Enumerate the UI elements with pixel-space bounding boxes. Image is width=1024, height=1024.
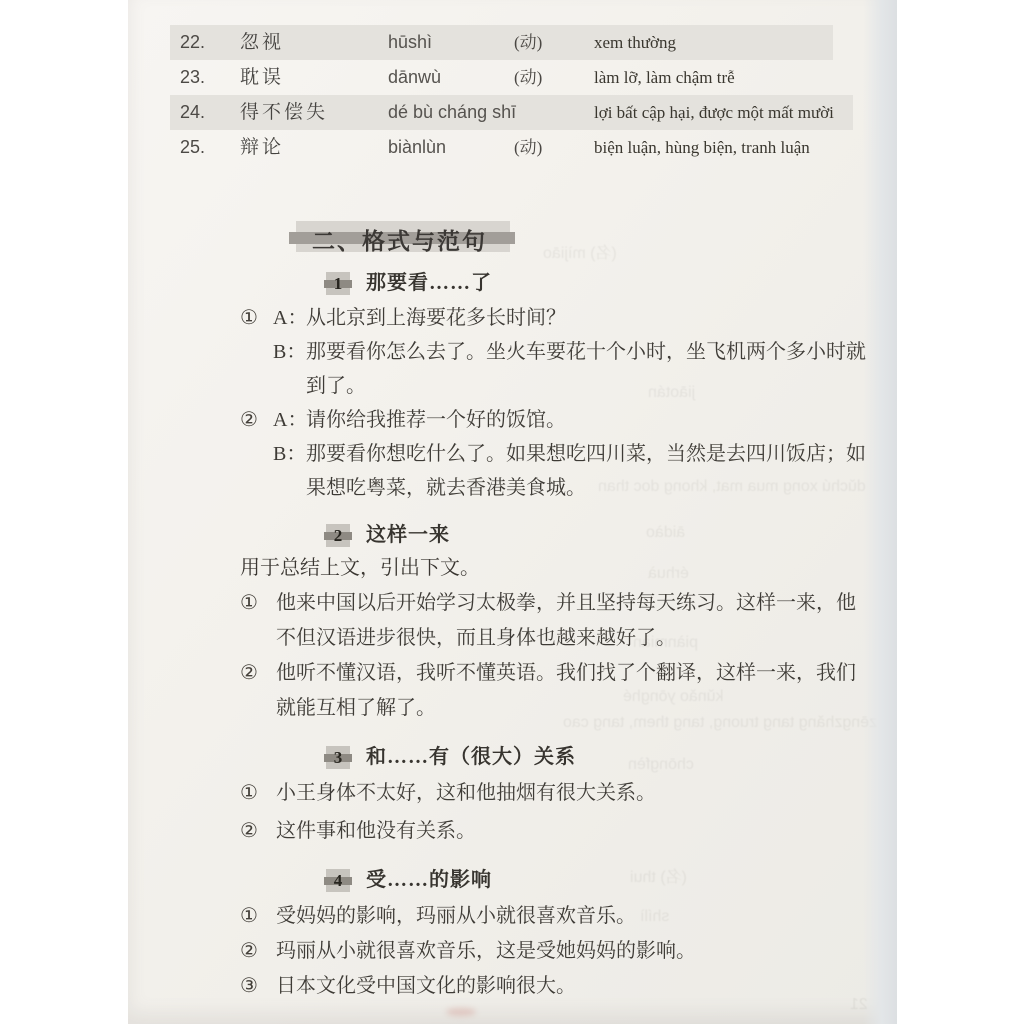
item-title: 和……有（很大）关系 [366,745,576,769]
item-number-box: 3 [326,746,350,769]
text-line: ①A：从北京到上海要花多长时间？ [128,305,897,331]
show-through-text: (名) thui [630,864,687,887]
show-through-text: (名) mìjiāo [543,240,617,263]
page-edge [863,0,897,1024]
sentence-text: 请你给我推荐一个好的饭馆。 [306,407,566,433]
table-row: 23.耽误dānwù(动)làm lỡ, làm chậm trễ [128,60,897,95]
vocab-pinyin: dé bù cháng shī [388,95,516,130]
vocab-pos: (动) [514,60,542,95]
text-line: 不但汉语进步很快，而且身体也越来越好了。 [128,625,897,651]
text-line: B：那要看你怎么去了。坐火车要花十个小时，坐飞机两个多小时就 [128,339,897,365]
usage-note: 用于总结上文，引出下文。 [240,555,480,581]
item-number: 4 [326,869,350,892]
circled-number: ③ [240,973,258,999]
table-row: 25.辩论biànlùn(动)biện luận, hùng biện, tra… [128,130,897,165]
section-header: 二、格式与范句 [296,221,510,252]
circled-number: ① [240,305,258,331]
sentence-text: 这件事和他没有关系。 [276,818,476,844]
text-line: 就能互相了解了。 [128,695,897,721]
sentence-text: 玛丽从小就很喜欢音乐，这是受她妈妈的影响。 [276,938,696,964]
sentence-text: 就能互相了解了。 [276,695,436,721]
circled-number: ② [240,407,258,433]
photo-of-book-page: (名) mìjiāojiāotándǔchú xong mua mat, kho… [0,0,1024,1024]
text-line: ②他听不懂汉语，我听不懂英语。我们找了个翻译，这样一来，我们 [128,660,897,686]
text-line: 果想吃粤菜，就去香港美食城。 [128,475,897,501]
item-number: 2 [326,524,350,547]
text-line: B：那要看你想吃什么了。如果想吃四川菜，当然是去四川饭店；如 [128,441,897,467]
vocab-pinyin: biànlùn [388,130,446,165]
speaker-label: B： [273,441,306,467]
vocab-num: 25. [180,130,205,165]
sentence-text: 日本文化受中国文化的影响很大。 [276,973,576,999]
book-page: (名) mìjiāojiāotándǔchú xong mua mat, kho… [128,0,897,1024]
table-row: 22.忽视hūshì(动)xem thường [128,25,897,60]
speaker-label: B： [273,339,306,365]
circled-number: ② [240,818,258,844]
item-title: 那要看……了 [366,271,492,295]
item-number: 3 [326,746,350,769]
circled-number: ① [240,780,258,806]
vocab-num: 24. [180,95,205,130]
text-line: ②这件事和他没有关系。 [128,818,897,844]
vocab-pos: (动) [514,25,542,60]
section-title: 二、格式与范句 [312,223,487,256]
show-through-text: āidào [646,524,685,542]
item-title: 受……的影响 [366,868,492,892]
sentence-text: 受妈妈的影响，玛丽从小就很喜欢音乐。 [276,903,636,929]
text-line: ②玛丽从小就很喜欢音乐，这是受她妈妈的影响。 [128,938,897,964]
text-line: ①受妈妈的影响，玛丽从小就很喜欢音乐。 [128,903,897,929]
item-title: 这样一来 [366,523,450,547]
sentence-text: 那要看你怎么去了。坐火车要花十个小时，坐飞机两个多小时就 [306,339,866,365]
vocab-pos: (动) [514,130,542,165]
circled-number: ① [240,903,258,929]
text-line: ②A：请你给我推荐一个好的饭馆。 [128,407,897,433]
text-line: ③日本文化受中国文化的影响很大。 [128,973,897,999]
show-through-text: chōngfèn [628,756,694,774]
circled-number: ② [240,938,258,964]
vocab-num: 22. [180,25,205,60]
vocab-meaning: biện luận, hùng biện, tranh luận [594,130,810,165]
speaker-label: A： [273,305,307,331]
vocab-meaning: làm lỡ, làm chậm trễ [594,60,735,95]
sentence-text: 小王身体不太好，这和他抽烟有很大关系。 [276,780,656,806]
vocab-num: 23. [180,60,205,95]
item-number-box: 4 [326,869,350,892]
vocab-word: 辩论 [240,130,284,165]
text-line: 到了。 [128,373,897,399]
sentence-text: 他听不懂汉语，我听不懂英语。我们找了个翻译，这样一来，我们 [276,660,856,686]
sentence-text: 果想吃粤菜，就去香港美食城。 [306,475,586,501]
text-line: ①他来中国以后开始学习太极拳，并且坚持每天练习。这样一来，他 [128,590,897,616]
table-row: 24.得不偿失dé bù cháng shīlợi bất cập hại, đ… [128,95,897,130]
item-number-box: 1 [326,272,350,295]
vocab-word: 忽视 [240,25,284,60]
vocab-pinyin: dānwù [388,60,441,95]
speaker-label: A： [273,407,307,433]
vocab-pinyin: hūshì [388,25,432,60]
text-line: ①小王身体不太好，这和他抽烟有很大关系。 [128,780,897,806]
sentence-text: 到了。 [306,373,366,399]
circled-number: ② [240,660,258,686]
item-number-box: 2 [326,524,350,547]
sentence-text: 不但汉语进步很快，而且身体也越来越好了。 [276,625,676,651]
sentence-text: 他来中国以后开始学习太极拳，并且坚持每天练习。这样一来，他 [276,590,856,616]
sentence-text: 从北京到上海要花多长时间？ [306,305,566,331]
vocab-word: 耽误 [240,60,284,95]
vocab-word: 得不偿失 [240,95,328,130]
item-number: 1 [326,272,350,295]
sentence-text: 那要看你想吃什么了。如果想吃四川菜，当然是去四川饭店；如 [306,441,866,467]
text-line: 用于总结上文，引出下文。 [128,555,897,581]
vocab-meaning: xem thường [594,25,676,60]
page-smudge [446,1008,476,1016]
circled-number: ① [240,590,258,616]
vocab-meaning: lợi bất cập hại, được một mất mười [594,95,834,130]
